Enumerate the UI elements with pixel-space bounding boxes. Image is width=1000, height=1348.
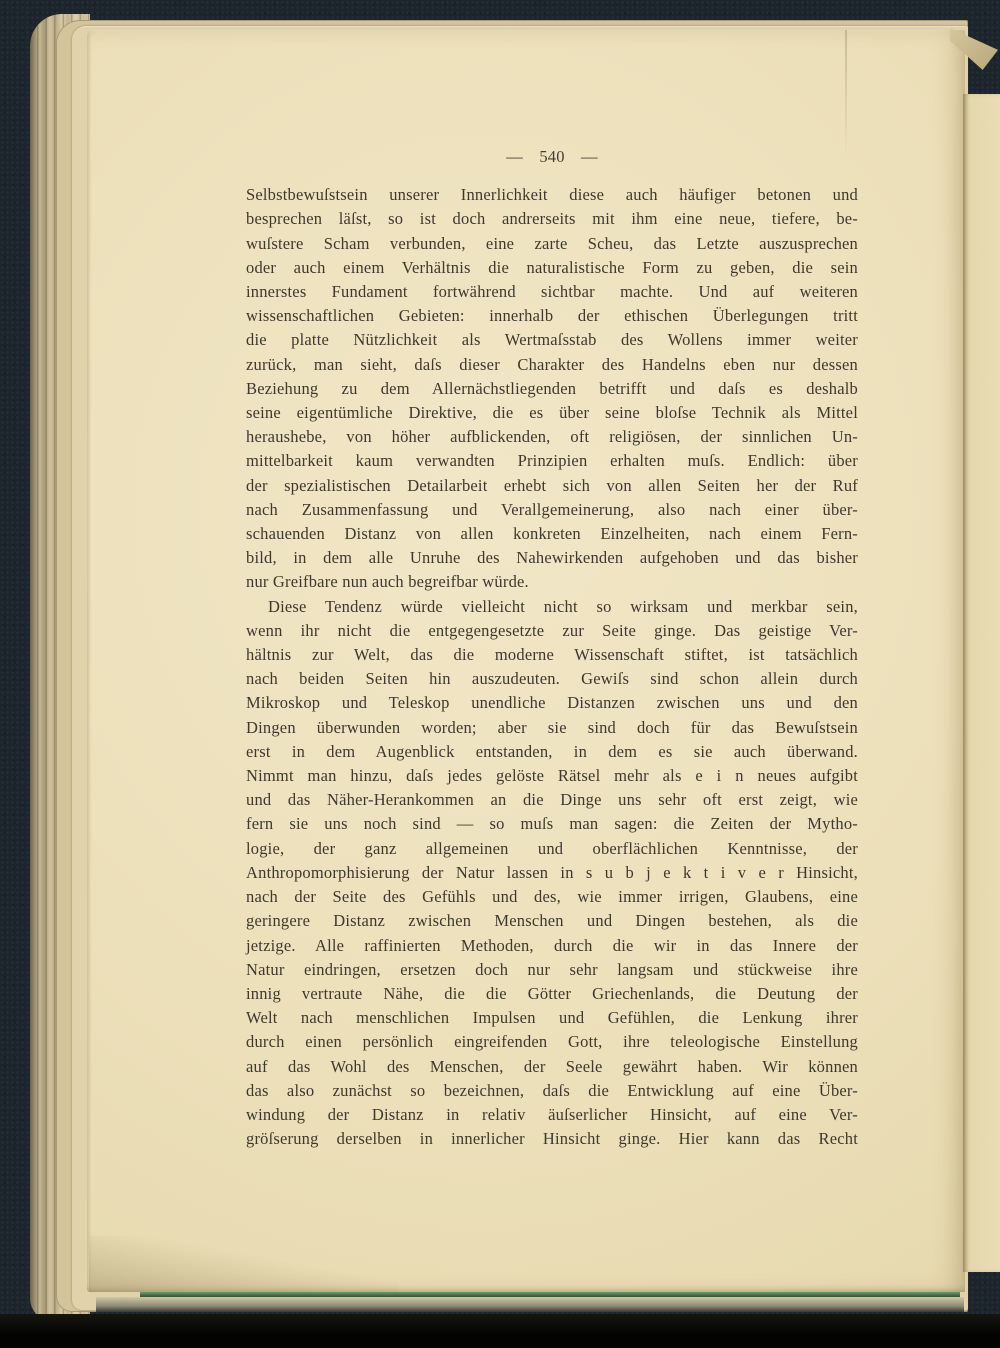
text-line: geringere Distanz zwischen Menschen und …	[246, 909, 858, 933]
text-line: heraushebe, von höher aufblickenden, oft…	[246, 425, 858, 449]
page-content: — 540 — Selbstbewuſstsein unserer Innerl…	[246, 145, 858, 1151]
header-dash-left: —	[506, 147, 523, 166]
book-photo: — 540 — Selbstbewuſstsein unserer Innerl…	[0, 0, 1000, 1348]
text-line: bild, in dem alle Unruhe des Nahewirkend…	[246, 546, 858, 570]
text-line: wenn ihr nicht die entgegengesetzte zur …	[246, 619, 858, 643]
text-line: das also zunächst so bezeichnen, daſs di…	[246, 1079, 858, 1103]
bottom-left-corner-shadow	[89, 1236, 399, 1292]
text-line: nach Zusammenfassung und Verallgemeineru…	[246, 498, 858, 522]
text-line: Dingen überwunden worden; aber sie sind …	[246, 716, 858, 740]
text-line: logie, der ganz allgemeinen und oberfläc…	[246, 837, 858, 861]
text-line: nach beiden Seiten hin auszudeuten. Gewi…	[246, 667, 858, 691]
text-line: Diese Tendenz würde vielleicht nicht so …	[246, 595, 858, 619]
text-line: oder auch einem Verhältnis die naturalis…	[246, 256, 858, 280]
text-line: Anthropomorphisierung der Natur lassen i…	[246, 861, 858, 885]
text-line: nur Greifbare nun auch begreifbar würde.	[246, 570, 858, 594]
page-number: 540	[539, 147, 564, 166]
text-line: nach der Seite des Gefühls und des, wie …	[246, 885, 858, 909]
text-line: Selbstbewuſstsein unserer Innerlichkeit …	[246, 183, 858, 207]
text-line: erst in dem Augenblick entstanden, in de…	[246, 740, 858, 764]
text-line: durch einen persönlich eingreifenden Got…	[246, 1030, 858, 1054]
text-line: Nimmt man hinzu, daſs jedes gelöste Räts…	[246, 764, 858, 788]
text-line: mittelbarkeit kaum verwandten Prinzipien…	[246, 449, 858, 473]
page-crease	[845, 30, 847, 160]
text-line: windung der Distanz in relativ äuſserlic…	[246, 1103, 858, 1127]
text-line: gröſserung derselben in innerlicher Hins…	[246, 1127, 858, 1151]
text-line: schauenden Distanz von allen konkreten E…	[246, 522, 858, 546]
text-line: Natur eindringen, ersetzen doch nur sehr…	[246, 958, 858, 982]
page-header: — 540 —	[246, 145, 858, 169]
text-line: wuſstere Scham verbunden, eine zarte Sch…	[246, 232, 858, 256]
text-line: der spezialistischen Detailarbeit erhebt…	[246, 474, 858, 498]
header-dash-right: —	[581, 147, 598, 166]
text-line: hältnis zur Welt, das die moderne Wissen…	[246, 643, 858, 667]
text-line: seine eigentümliche Direktive, die es üb…	[246, 401, 858, 425]
text-line: Mikroskop und Teleskop unendliche Distan…	[246, 691, 858, 715]
text-line: jetzige. Alle raffinierten Methoden, dur…	[246, 934, 858, 958]
bottom-page-edges	[96, 1297, 964, 1312]
paragraph: Diese Tendenz würde vielleicht nicht so …	[246, 595, 858, 1152]
text-line: auf das Wohl des Menschen, der Seele gew…	[246, 1055, 858, 1079]
text-line: Beziehung zu dem Allernächstliegenden be…	[246, 377, 858, 401]
bottom-shadow	[0, 1314, 1000, 1348]
paragraph: Selbstbewuſstsein unserer Innerlichkeit …	[246, 183, 858, 594]
text-line: innig vertraute Nähe, die die Götter Gri…	[246, 982, 858, 1006]
text-line: Welt nach menschlichen Impulsen und Gefü…	[246, 1006, 858, 1030]
book-page: — 540 — Selbstbewuſstsein unserer Innerl…	[87, 30, 965, 1292]
text-line: die platte Nützlichkeit als Wertmaſsstab…	[246, 328, 858, 352]
text-line: wissenschaftlichen Gebieten: innerhalb d…	[246, 304, 858, 328]
text-line: besprechen läſst, so ist doch andrerseit…	[246, 207, 858, 231]
text-line: und das Näher-Herankommen an die Dinge u…	[246, 788, 858, 812]
text-line: zurück, man sieht, daſs dieser Charakter…	[246, 353, 858, 377]
facing-page-edge	[963, 94, 1000, 1272]
text-line: innerstes Fundament fortwährend sichtbar…	[246, 280, 858, 304]
text-line: fern sie uns noch sind — so muſs man sag…	[246, 812, 858, 836]
